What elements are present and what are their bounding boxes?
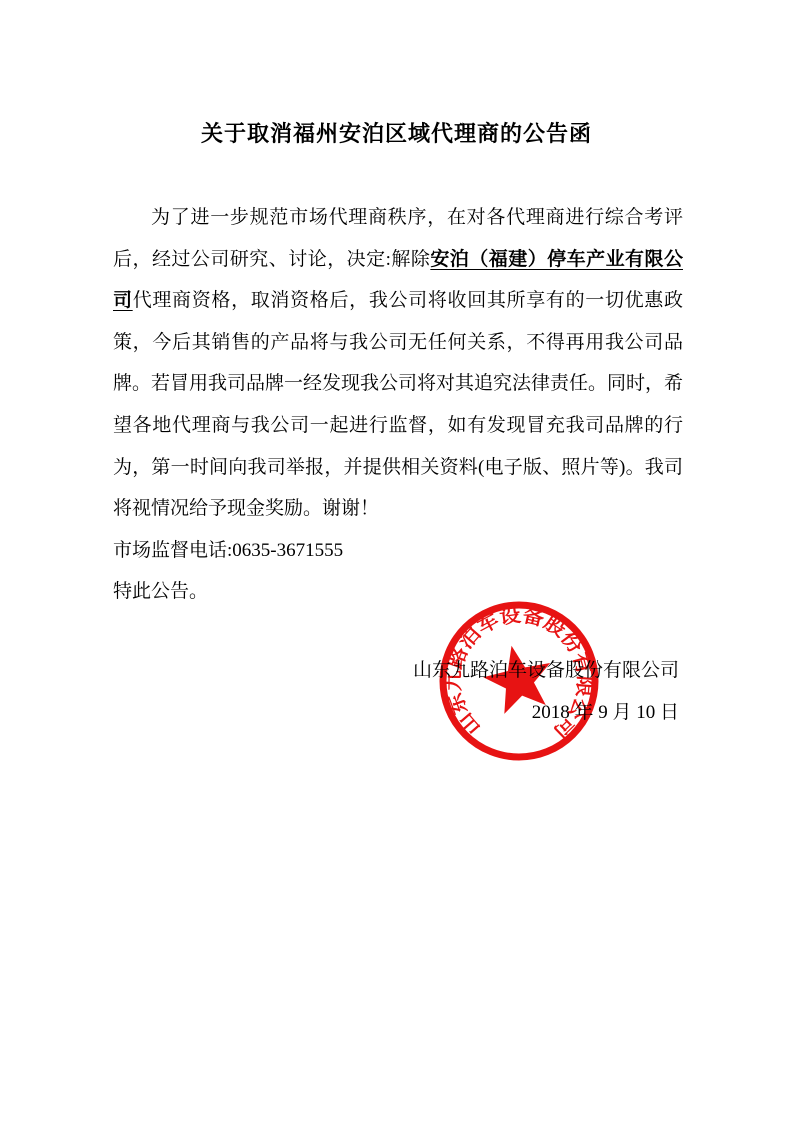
signature-date: 2018 年 9 月 10 日 <box>413 692 679 734</box>
document-body: 为了进一步规范市场代理商秩序，在对各代理商进行综合考评后，经过公司研究、讨论，决… <box>113 197 683 613</box>
document-page: 关于取消福州安泊区域代理商的公告函 为了进一步规范市场代理商秩序，在对各代理商进… <box>0 0 793 1122</box>
signature-block: 山东九路泊车设备股份有限公司 2018 年 9 月 10 日 <box>413 650 679 734</box>
document-title: 关于取消福州安泊区域代理商的公告函 <box>0 117 793 148</box>
supervision-hotline-line: 市场监督电话:0635-3671555 <box>113 530 683 572</box>
signature-company-name: 山东九路泊车设备股份有限公司 <box>413 650 679 692</box>
main-paragraph: 为了进一步规范市场代理商秩序，在对各代理商进行综合考评后，经过公司研究、讨论，决… <box>113 197 683 530</box>
paragraph-rest-text: 代理商资格，取消资格后，我公司将收回其所享有的一切优惠政策，今后其销售的产品将与… <box>113 290 683 519</box>
